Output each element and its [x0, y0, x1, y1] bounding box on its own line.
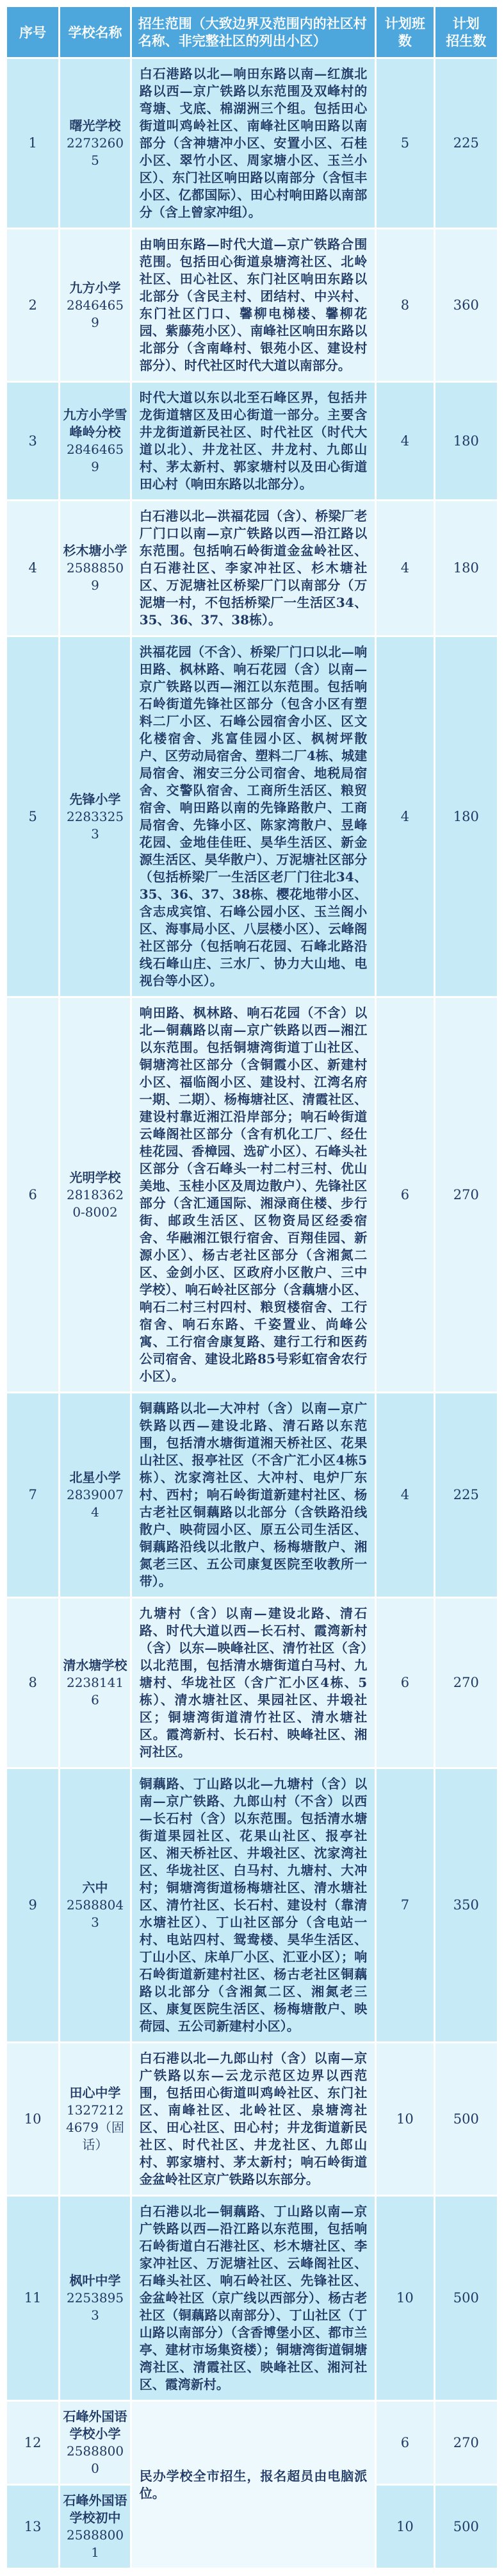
table-row: 2 九方小学 28464659 由响田东路—时代大道—京广铁路合围范围。包括田心… — [7, 229, 497, 381]
row-number: 7 — [7, 1393, 58, 1597]
school-name: 六中 — [63, 1879, 127, 1897]
school-phone: 25888509 — [63, 560, 127, 594]
school-phone: 22732605 — [63, 135, 127, 169]
table-row: 12 石峰外国语学校小学 25888000 民办学校全市招生，报名超员由电脑派位… — [7, 2402, 497, 2484]
school-name-cell: 杉木塘小学 25888509 — [60, 501, 129, 635]
planned-enrollment: 180 — [435, 637, 497, 996]
school-name-cell: 石峰外国语学校初中 25888001 — [60, 2486, 129, 2568]
school-name: 清水塘学校 — [63, 1657, 127, 1674]
school-phone: 25888043 — [63, 1897, 127, 1931]
school-phone: 25888000 — [63, 2443, 127, 2477]
row-number: 9 — [7, 1769, 58, 2041]
row-number: 11 — [7, 2197, 58, 2400]
enrollment-range: 铜藕路、丁山路以北—九塘村（含）以南—京广铁路、九郎山村（不含）以西—长石村（含… — [132, 1769, 375, 2041]
row-number: 2 — [7, 229, 58, 381]
school-name-cell: 先锋小学 22833253 — [60, 637, 129, 996]
shared-enrollment-note: 民办学校全市招生，报名超员由电脑派位。 — [132, 2402, 375, 2568]
table-row: 3 九方小学雪峰岭分校 28464659 时代大道以东以北至石峰区界，包括井龙街… — [7, 383, 497, 499]
school-name: 光明学校 — [63, 1169, 127, 1186]
planned-enrollment: 225 — [435, 1393, 497, 1597]
school-name-cell: 清水塘学校 22381416 — [60, 1599, 129, 1767]
planned-enrollment: 500 — [435, 2197, 497, 2400]
row-number: 10 — [7, 2043, 58, 2195]
school-name-cell: 田心中学 13272124679（固话） — [60, 2043, 129, 2195]
school-name: 九方小学雪峰岭分校 — [63, 406, 127, 441]
enrollment-range: 洪福花园（不含）、桥梁厂门口以北—响田路、枫林路、响石花园（含）以南—京广铁路以… — [132, 637, 375, 996]
header-school-name: 学校名称 — [60, 7, 129, 57]
table-row: 8 清水塘学校 22381416 九塘村（含）以南—建设北路、清石路、时代大道以… — [7, 1599, 497, 1767]
row-number: 8 — [7, 1599, 58, 1767]
school-name: 先锋小学 — [63, 791, 127, 808]
enrollment-range: 白石港路以北—响田东路以南—红旗北路以西—京广铁路以东范围及双峰村的弯塘、戈底、… — [132, 59, 375, 228]
school-name-cell: 光明学校 28183620-8002 — [60, 998, 129, 1392]
planned-enrollment: 360 — [435, 229, 497, 381]
planned-enrollment: 350 — [435, 1769, 497, 2041]
enrollment-range: 白石港以北—九郎山村（含）以南—京广铁路以东—云龙示范区边界以西范围，包括田心街… — [132, 2043, 375, 2195]
school-phone: 25888001 — [63, 2527, 127, 2561]
enrollment-range: 时代大道以东以北至石峰区界，包括井龙街道辖区及田心街道一部分。主要含井龙街道新民… — [132, 383, 375, 499]
planned-classes: 4 — [377, 1393, 433, 1597]
row-number: 4 — [7, 501, 58, 635]
header-planned-classes: 计划班数 — [377, 7, 433, 57]
planned-classes: 4 — [377, 383, 433, 499]
school-name: 曙光学校 — [63, 117, 127, 135]
school-name-cell: 石峰外国语学校小学 25888000 — [60, 2402, 129, 2484]
planned-enrollment: 270 — [435, 1599, 497, 1767]
enrollment-range: 由响田东路—时代大道—京广铁路合围范围。包括田心街道泉塘湾社区、北岭社区、田心社… — [132, 229, 375, 381]
row-number: 1 — [7, 59, 58, 228]
planned-classes: 6 — [377, 2402, 433, 2484]
planned-enrollment: 270 — [435, 2402, 497, 2484]
row-number: 6 — [7, 998, 58, 1392]
planned-enrollment: 225 — [435, 59, 497, 228]
school-name-cell: 六中 25888043 — [60, 1769, 129, 2041]
school-phone: 22381416 — [63, 1674, 127, 1709]
school-phone: 28464659 — [63, 441, 127, 476]
planned-enrollment: 270 — [435, 998, 497, 1392]
school-phone: 13272124679（固话） — [63, 2102, 127, 2154]
school-name: 九方小学 — [63, 279, 127, 297]
school-name: 田心中学 — [63, 2084, 127, 2102]
table-row: 4 杉木塘小学 25888509 白石港以北—洪福花园（含）、桥梁厂老厂门口以南… — [7, 501, 497, 635]
planned-enrollment: 500 — [435, 2043, 497, 2195]
school-phone: 22833253 — [63, 808, 127, 843]
planned-classes: 8 — [377, 229, 433, 381]
school-name: 杉木塘小学 — [63, 542, 127, 560]
table-row: 5 先锋小学 22833253 洪福花园（不含）、桥梁厂门口以北—响田路、枫林路… — [7, 637, 497, 996]
school-name: 石峰外国语学校初中 — [63, 2492, 127, 2527]
school-name: 石峰外国语学校小学 — [63, 2408, 127, 2443]
table-row: 1 曙光学校 22732605 白石港路以北—响田东路以南—红旗北路以西—京广铁… — [7, 59, 497, 228]
enrollment-range: 铜藕路以北—大冲村（含）以南—京广铁路以西—建设北路、清石路以东范围，包括清水塘… — [132, 1393, 375, 1597]
school-name-cell: 枫叶中学 22538953 — [60, 2197, 129, 2400]
planned-enrollment: 180 — [435, 383, 497, 499]
planned-classes: 4 — [377, 637, 433, 996]
planned-classes: 10 — [377, 2197, 433, 2400]
table-header-row: 序号 学校名称 招生范围（大致边界及范围内的社区村名称、非完整社区的列出小区） … — [7, 7, 497, 57]
enrollment-range: 九塘村（含）以南—建设北路、清石路、时代大道以西—长石村、霞湾新村（含）以东—映… — [132, 1599, 375, 1767]
enrollment-range: 白石港以北—铜藕路、丁山路以南—京广铁路以西—沿江路以东范围，包括响石岭街道白石… — [132, 2197, 375, 2400]
planned-classes: 6 — [377, 998, 433, 1392]
enrollment-range: 白石港以北—洪福花园（含）、桥梁厂老厂门口以南—京广铁路以西—沿江路以东范围。包… — [132, 501, 375, 635]
school-name-cell: 曙光学校 22732605 — [60, 59, 129, 228]
header-no: 序号 — [7, 7, 58, 57]
enrollment-range: 响田路、枫林路、响石花园（不含）以北—铜藕路以南—京广铁路以西—湘江以东范围。包… — [132, 998, 375, 1392]
school-phone: 28390074 — [63, 1486, 127, 1521]
school-name: 枫叶中学 — [63, 2272, 127, 2289]
table-row: 11 枫叶中学 22538953 白石港以北—铜藕路、丁山路以南—京广铁路以西—… — [7, 2197, 497, 2400]
school-phone: 28464659 — [63, 297, 127, 331]
school-phone: 28183620-8002 — [63, 1186, 127, 1221]
row-number: 12 — [7, 2402, 58, 2484]
school-phone: 22538953 — [63, 2289, 127, 2324]
enrollment-table-page: 序号 学校名称 招生范围（大致边界及范围内的社区村名称、非完整社区的列出小区） … — [0, 0, 504, 2576]
planned-enrollment: 500 — [435, 2486, 497, 2568]
school-name-cell: 北星小学 28390074 — [60, 1393, 129, 1597]
table-row: 7 北星小学 28390074 铜藕路以北—大冲村（含）以南—京广铁路以西—建设… — [7, 1393, 497, 1597]
row-number: 13 — [7, 2486, 58, 2568]
planned-classes: 10 — [377, 2043, 433, 2195]
header-enrollment-range: 招生范围（大致边界及范围内的社区村名称、非完整社区的列出小区） — [132, 7, 375, 57]
row-number: 3 — [7, 383, 58, 499]
planned-classes: 6 — [377, 1599, 433, 1767]
header-planned-enrollment: 计划 招生数 — [435, 7, 497, 57]
school-enrollment-table: 序号 学校名称 招生范围（大致边界及范围内的社区村名称、非完整社区的列出小区） … — [5, 5, 499, 2570]
planned-classes: 5 — [377, 59, 433, 228]
table-row: 6 光明学校 28183620-8002 响田路、枫林路、响石花园（不含）以北—… — [7, 998, 497, 1392]
row-number: 5 — [7, 637, 58, 996]
planned-enrollment: 180 — [435, 501, 497, 635]
school-name: 北星小学 — [63, 1469, 127, 1486]
planned-classes: 7 — [377, 1769, 433, 2041]
planned-classes: 4 — [377, 501, 433, 635]
school-name-cell: 九方小学 28464659 — [60, 229, 129, 381]
table-row: 9 六中 25888043 铜藕路、丁山路以北—九塘村（含）以南—京广铁路、九郎… — [7, 1769, 497, 2041]
planned-classes: 10 — [377, 2486, 433, 2568]
table-row: 10 田心中学 13272124679（固话） 白石港以北—九郎山村（含）以南—… — [7, 2043, 497, 2195]
school-name-cell: 九方小学雪峰岭分校 28464659 — [60, 383, 129, 499]
